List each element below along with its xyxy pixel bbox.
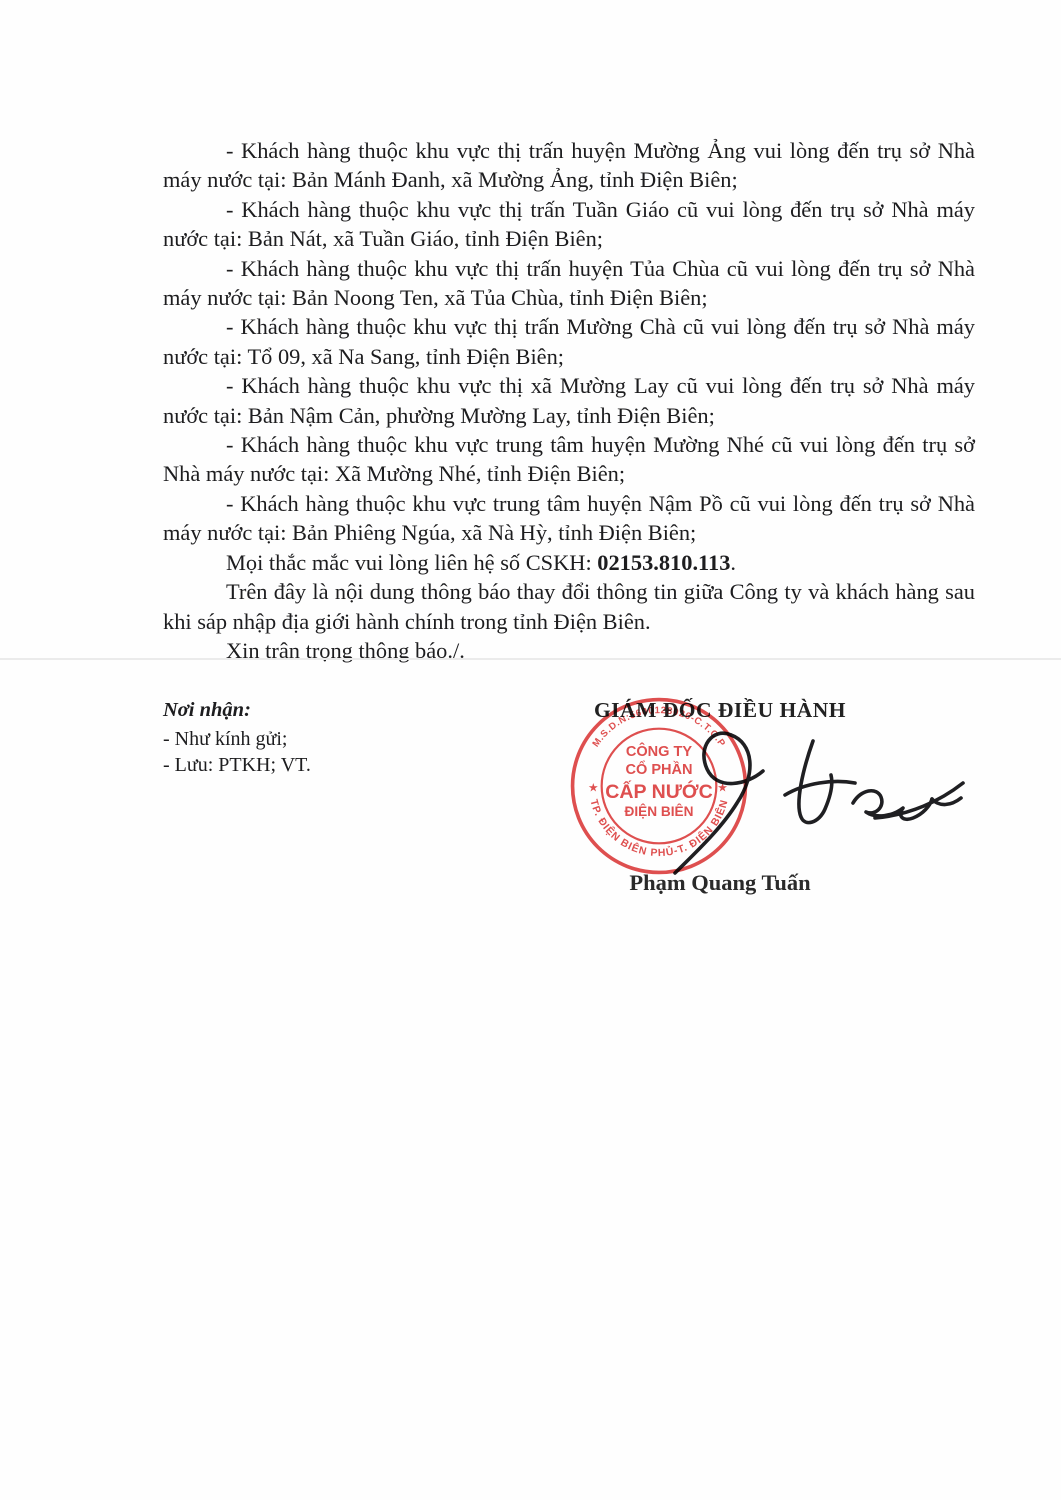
contact-prefix: Mọi thắc mắc vui lòng liên hệ số CSKH: [226,550,597,575]
body-paragraph: - Khách hàng thuộc khu vực trung tâm huy… [163,489,975,548]
hotline-number: 02153.810.113 [597,550,730,575]
body-paragraph: - Khách hàng thuộc khu vực thị trấn huyệ… [163,136,975,195]
document-page: - Khách hàng thuộc khu vực thị trấn huyệ… [0,0,1061,1500]
scan-artifact-line [0,658,1061,660]
closing-paragraph: Trên đây là nội dung thông báo thay đổi … [163,577,975,636]
recipients-block: Nơi nhận: - Như kính gửi; - Lưu: PTKH; V… [163,697,463,779]
handwritten-signature [635,723,965,878]
recipients-title: Nơi nhận: [163,697,463,724]
body-paragraph: - Khách hàng thuộc khu vực thị trấn Tuần… [163,195,975,254]
stamp-star-left-icon: ★ [588,780,599,794]
body-paragraph: - Khách hàng thuộc khu vực trung tâm huy… [163,430,975,489]
closing-salutation: Xin trân trọng thông báo./. [163,636,975,665]
recipients-item: - Lưu: PTKH; VT. [163,752,463,779]
recipients-item: - Như kính gửi; [163,726,463,753]
body-paragraph: - Khách hàng thuộc khu vực thị xã Mường … [163,371,975,430]
signature-block: GIÁM ĐỐC ĐIỀU HÀNH M.S.D.N:5600128026-C.… [540,695,980,915]
body-paragraph: - Khách hàng thuộc khu vực thị trấn Mườn… [163,312,975,371]
body-paragraph: - Khách hàng thuộc khu vực thị trấn huyệ… [163,254,975,313]
contact-suffix: . [730,550,736,575]
signer-name: Phạm Quang Tuấn [560,870,880,896]
document-body: - Khách hàng thuộc khu vực thị trấn huyệ… [163,136,975,665]
contact-line: Mọi thắc mắc vui lòng liên hệ số CSKH: 0… [163,548,975,577]
